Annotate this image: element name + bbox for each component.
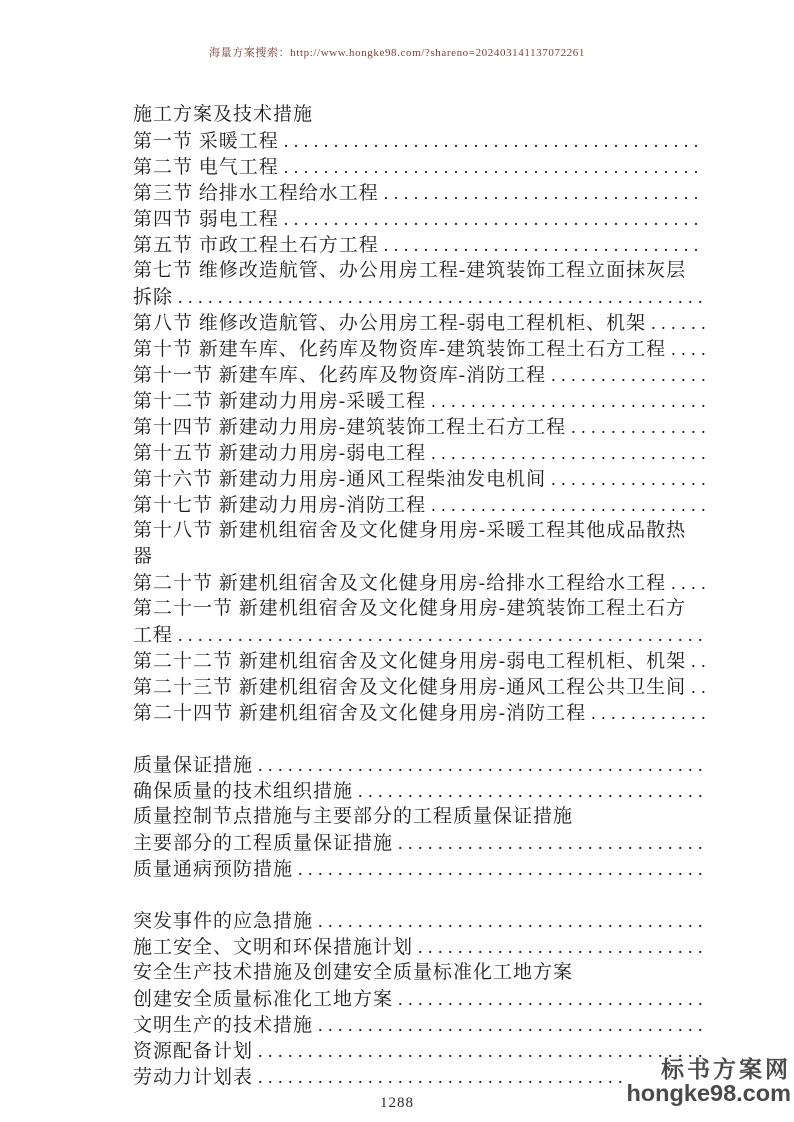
toc-line: 安全生产技术措施及创建安全质量标准化工地方案 (133, 960, 705, 986)
dot-leader: . . . . . . . . . . . . . . . . . . . . … (586, 700, 705, 726)
toc-entry-text: 劳动力计划表 (133, 1065, 253, 1090)
dot-leader: . . . . . . . . . . . . . . . . . . . . … (426, 492, 705, 518)
dot-leader: . . . . . . . . . . . . . . . . . . . . … (546, 362, 705, 388)
dot-leader: . . . . . . . . . . . . . . . . . . . . … (293, 856, 705, 882)
dot-leader: . . . . . . . . . . . . . . . . . . . . … (546, 466, 705, 492)
toc-entry-text: 第十二节 新建动力用房-采暖工程 (133, 389, 426, 414)
toc-line: 确保质量的技术组织措施. . . . . . . . . . . . . . .… (133, 778, 705, 804)
toc-line: 质量控制节点措施与主要部分的工程质量保证措施 (133, 804, 705, 830)
toc-entry-text: 第二十一节 新建机组宿舍及文化健身用房-建筑装饰工程土石方 (133, 596, 686, 622)
toc-line: 施工方案及技术措施 (133, 102, 705, 128)
toc-line: 创建安全质量标准化工地方案. . . . . . . . . . . . . .… (133, 986, 705, 1012)
toc-entry-text: 第二十四节 新建机组宿舍及文化健身用房-消防工程 (133, 701, 586, 726)
toc-entry-text: 安全生产技术措施及创建安全质量标准化工地方案 (133, 960, 573, 986)
toc-entry-text: 工程 (133, 623, 173, 648)
toc-line: 主要部分的工程质量保证措施. . . . . . . . . . . . . .… (133, 830, 705, 856)
toc-entry-text: 质量保证措施 (133, 753, 253, 778)
page-number: 1288 (0, 1095, 794, 1112)
toc-line: 第十六节 新建动力用房-通风工程柴油发电机间. . . . . . . . . … (133, 466, 705, 492)
toc-entry-text: 第一节 采暖工程 (133, 129, 279, 154)
toc-line: 第十七节 新建动力用房-消防工程. . . . . . . . . . . . … (133, 492, 705, 518)
dot-leader: . . . . . . . . . . . . . . . . . . . . … (666, 336, 705, 362)
toc-line: 第二节 电气工程. . . . . . . . . . . . . . . . … (133, 154, 705, 180)
toc-entry-text: 第二节 电气工程 (133, 155, 279, 180)
toc-line: 第一节 采暖工程. . . . . . . . . . . . . . . . … (133, 128, 705, 154)
toc-entry-text: 第二十三节 新建机组宿舍及文化健身用房-通风工程公共卫生间 (133, 675, 686, 700)
dot-leader: . . . . . . . . . . . . . . . . . . . . … (313, 1012, 705, 1038)
watermark-site-name: 标书方案网 (626, 1058, 791, 1081)
toc-entry-text: 第十一节 新建车库、化药库及物资库-消防工程 (133, 363, 546, 388)
toc-entry-text: 施工安全、文明和环保措施计划 (133, 935, 413, 960)
dot-leader: . . . . . . . . . . . . . . . . . . . . … (279, 128, 705, 154)
toc-entry-text: 第二十节 新建机组宿舍及文化健身用房-给排水工程给水工程 (133, 571, 666, 596)
toc-line: 第十四节 新建动力用房-建筑装饰工程土石方工程. . . . . . . . .… (133, 414, 705, 440)
toc-line: 质量通病预防措施. . . . . . . . . . . . . . . . … (133, 856, 705, 882)
toc-entry-text: 第二十二节 新建机组宿舍及文化健身用房-弱电工程机柜、机架 (133, 649, 686, 674)
toc-line: 第三节 给排水工程给水工程. . . . . . . . . . . . . .… (133, 180, 705, 206)
toc-entry-text: 第五节 市政工程土石方工程 (133, 233, 379, 258)
toc-entry-text: 器 (133, 544, 153, 570)
dot-leader: . . . . . . . . . . . . . . . . . . . . … (686, 648, 705, 674)
toc-line: 第十节 新建车库、化药库及物资库-建筑装饰工程土石方工程. . . . . . … (133, 336, 705, 362)
toc-line: 第二十四节 新建机组宿舍及文化健身用房-消防工程. . . . . . . . … (133, 700, 705, 726)
toc-entry-text: 第八节 维修改造航管、办公用房工程-弱电工程机柜、机架 (133, 311, 646, 336)
dot-leader: . . . . . . . . . . . . . . . . . . . . … (379, 180, 705, 206)
toc-line: 劳动力计划表. . . . . . . . . . . . . . . . . … (133, 1064, 705, 1090)
toc-entry-text: 确保质量的技术组织措施 (133, 779, 353, 804)
dot-leader: . . . . . . . . . . . . . . . . . . . . … (426, 388, 705, 414)
toc-line: 第四节 弱电工程. . . . . . . . . . . . . . . . … (133, 206, 705, 232)
toc-entry-text: 文明生产的技术措施 (133, 1013, 313, 1038)
dot-leader: . . . . . . . . . . . . . . . . . . . . … (379, 232, 705, 258)
dot-leader: . . . . . . . . . . . . . . . . . . . . … (173, 284, 705, 310)
toc-entry-text: 质量控制节点措施与主要部分的工程质量保证措施 (133, 804, 573, 830)
toc-line: 第二十一节 新建机组宿舍及文化健身用房-建筑装饰工程土石方 (133, 596, 705, 622)
toc-line: 第十五节 新建动力用房-弱电工程. . . . . . . . . . . . … (133, 440, 705, 466)
dot-leader: . . . . . . . . . . . . . . . . . . . . … (253, 752, 705, 778)
toc-line: 第八节 维修改造航管、办公用房工程-弱电工程机柜、机架. . . . . . .… (133, 310, 705, 336)
dot-leader: . . . . . . . . . . . . . . . . . . . . … (313, 908, 705, 934)
toc-entry-text: 拆除 (133, 285, 173, 310)
toc-line: 第二十二节 新建机组宿舍及文化健身用房-弱电工程机柜、机架. . . . . .… (133, 648, 705, 674)
header-search-line: 海量方案搜索：http://www.hongke98.com/?shareno=… (0, 44, 794, 60)
dot-leader: . . . . . . . . . . . . . . . . . . . . … (426, 440, 705, 466)
toc-entry-text: 第十八节 新建机组宿舍及文化健身用房-采暖工程其他成品散热 (133, 518, 686, 544)
toc-line: 施工安全、文明和环保措施计划. . . . . . . . . . . . . … (133, 934, 705, 960)
toc-entry-text: 突发事件的应急措施 (133, 909, 313, 934)
toc-line: 第五节 市政工程土石方工程. . . . . . . . . . . . . .… (133, 232, 705, 258)
toc-line: 第二十节 新建机组宿舍及文化健身用房-给排水工程给水工程. . . . . . … (133, 570, 705, 596)
toc-entry-text: 第十五节 新建动力用房-弱电工程 (133, 441, 426, 466)
toc-line: 第七节 维修改造航管、办公用房工程-建筑装饰工程立面抹灰层 (133, 258, 705, 284)
toc-line: 器 (133, 544, 705, 570)
dot-leader: . . . . . . . . . . . . . . . . . . . . … (666, 570, 705, 596)
toc-line: 第二十三节 新建机组宿舍及文化健身用房-通风工程公共卫生间. . . . . .… (133, 674, 705, 700)
toc-line: 资源配备计划. . . . . . . . . . . . . . . . . … (133, 1038, 705, 1064)
document-page: 海量方案搜索：http://www.hongke98.com/?shareno=… (0, 0, 794, 1122)
toc-entry-text: 第十四节 新建动力用房-建筑装饰工程土石方工程 (133, 415, 566, 440)
toc-entry-text: 第十节 新建车库、化药库及物资库-建筑装饰工程土石方工程 (133, 337, 666, 362)
toc-blank-line (133, 726, 705, 752)
dot-leader: . . . . . . . . . . . . . . . . . . . . … (566, 414, 705, 440)
dot-leader: . . . . . . . . . . . . . . . . . . . . … (279, 154, 705, 180)
dot-leader: . . . . . . . . . . . . . . . . . . . . … (413, 934, 705, 960)
dot-leader: . . . . . . . . . . . . . . . . . . . . … (173, 622, 705, 648)
toc-entry-text: 第三节 给排水工程给水工程 (133, 181, 379, 206)
toc-entry-text: 第十六节 新建动力用房-通风工程柴油发电机间 (133, 467, 546, 492)
toc-entry-text: 创建安全质量标准化工地方案 (133, 987, 393, 1012)
toc-blank-line (133, 882, 705, 908)
toc-entry-text: 主要部分的工程质量保证措施 (133, 831, 393, 856)
table-of-contents: 施工方案及技术措施第一节 采暖工程. . . . . . . . . . . .… (133, 102, 705, 1090)
dot-leader: . . . . . . . . . . . . . . . . . . . . … (353, 778, 705, 804)
dot-leader: . . . . . . . . . . . . . . . . . . . . … (393, 986, 705, 1012)
dot-leader: . . . . . . . . . . . . . . . . . . . . … (279, 206, 705, 232)
toc-entry-text: 第四节 弱电工程 (133, 207, 279, 232)
dot-leader: . . . . . . . . . . . . . . . . . . . . … (646, 310, 705, 336)
toc-line: 第十二节 新建动力用房-采暖工程. . . . . . . . . . . . … (133, 388, 705, 414)
toc-entry-text: 资源配备计划 (133, 1039, 253, 1064)
toc-entry-text: 第七节 维修改造航管、办公用房工程-建筑装饰工程立面抹灰层 (133, 258, 686, 284)
dot-leader: . . . . . . . . . . . . . . . . . . . . … (393, 830, 705, 856)
toc-entry-text: 质量通病预防措施 (133, 857, 293, 882)
dot-leader: . . . . . . . . . . . . . . . . . . . . … (686, 674, 705, 700)
toc-line: 工程. . . . . . . . . . . . . . . . . . . … (133, 622, 705, 648)
toc-line: 文明生产的技术措施. . . . . . . . . . . . . . . .… (133, 1012, 705, 1038)
toc-line: 突发事件的应急措施. . . . . . . . . . . . . . . .… (133, 908, 705, 934)
toc-line: 拆除. . . . . . . . . . . . . . . . . . . … (133, 284, 705, 310)
toc-entry-text: 施工方案及技术措施 (133, 102, 313, 128)
toc-line: 质量保证措施. . . . . . . . . . . . . . . . . … (133, 752, 705, 778)
toc-line: 第十八节 新建机组宿舍及文化健身用房-采暖工程其他成品散热 (133, 518, 705, 544)
toc-entry-text: 第十七节 新建动力用房-消防工程 (133, 493, 426, 518)
toc-line: 第十一节 新建车库、化药库及物资库-消防工程. . . . . . . . . … (133, 362, 705, 388)
